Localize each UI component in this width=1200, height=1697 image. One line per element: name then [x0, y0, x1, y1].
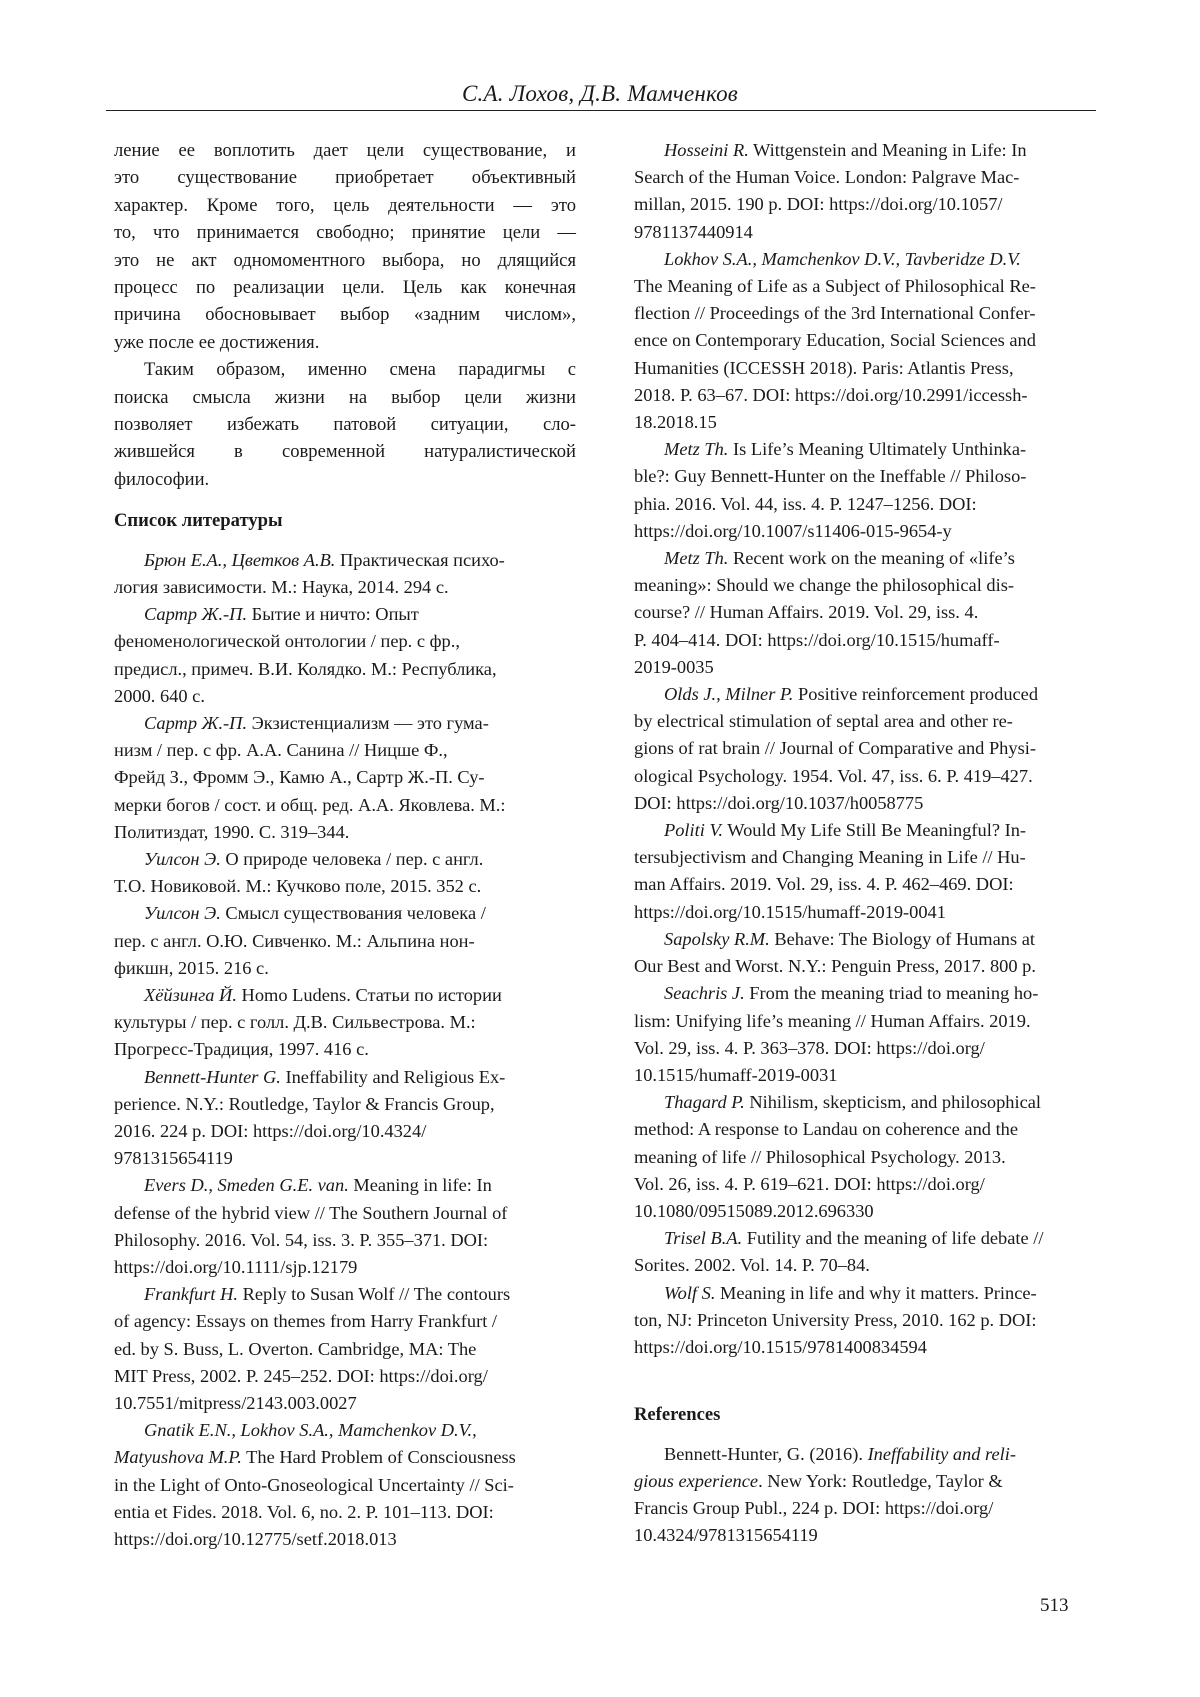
- reference-text: tersubjectivism and Changing Meaning in …: [634, 847, 1026, 867]
- reference-text: Практическая психо-: [335, 550, 504, 570]
- reference-text: https://doi.org/10.1515/humaff-2019-0041: [634, 902, 946, 922]
- reference-text: ed. by S. Buss, L. Overton. Cambridge, M…: [114, 1339, 476, 1359]
- reference-text: perience. N.Y.: Routledge, Taylor & Fran…: [114, 1094, 495, 1114]
- text-line: поиска смысла жизни на выбор цели жизни: [114, 384, 576, 411]
- reference-text: meaning of life // Philosophical Psychol…: [634, 1147, 1006, 1167]
- reference-text: https://doi.org/10.12775/setf.2018.013: [114, 1529, 397, 1549]
- reference-text: Homo Ludens. Статьи по истории: [237, 985, 502, 1005]
- english-reference-item: Bennett-Hunter, G. (2016). Ineffability …: [634, 1441, 1096, 1550]
- reference-authors: Sapolsky R.M.: [664, 929, 770, 949]
- reference-text: lism: Unifying life’s meaning // Human A…: [634, 1011, 1031, 1031]
- reference-text: культуры / пер. с голл. Д.В. Сильвестров…: [114, 1012, 476, 1032]
- reference-item: Bennett-Hunter G. Ineffability and Relig…: [114, 1064, 576, 1173]
- bibliography-heading: Список литературы: [114, 507, 576, 534]
- reference-text: Bennett-Hunter, G. (2016).: [664, 1444, 868, 1464]
- reference-text: Futility and the meaning of life debate …: [742, 1228, 1043, 1248]
- reference-title: gious experience: [634, 1471, 758, 1491]
- reference-text: in the Light of Onto-Gnoseological Uncer…: [114, 1475, 514, 1495]
- text-line: Таким образом, именно смена парадигмы с: [114, 356, 576, 383]
- reference-authors: Metz Th.: [664, 548, 728, 568]
- reference-text: Sorites. 2002. Vol. 14. P. 70–84.: [634, 1255, 870, 1275]
- reference-item: Уилсон Э. Смысл существования человека /…: [114, 900, 576, 982]
- reference-authors: Wolf S.: [664, 1283, 715, 1303]
- reference-text: Recent work on the meaning of «life’s: [728, 548, 1015, 568]
- reference-text: defense of the hybrid view // The Southe…: [114, 1203, 507, 1223]
- reference-text: MIT Press, 2002. P. 245–252. DOI: https:…: [114, 1366, 488, 1386]
- reference-text: Behave: The Biology of Humans at: [770, 929, 1035, 949]
- reference-text: method: A response to Landau on coherenc…: [634, 1119, 1018, 1139]
- reference-authors: Брюн Е.А., Цветков А.В.: [144, 550, 335, 570]
- running-title: С.А. Лохов, Д.В. Мамченков: [100, 80, 1100, 108]
- reference-text: phia. 2016. Vol. 44, iss. 4. P. 1247–125…: [634, 494, 977, 514]
- reference-authors: Trisel B.A.: [664, 1228, 742, 1248]
- reference-text: https://doi.org/10.1007/s11406-015-9654-…: [634, 521, 952, 541]
- reference-item: Olds J., Milner P. Positive reinforcemen…: [634, 681, 1096, 817]
- text-line: то, что принимается свободно; принятие ц…: [114, 219, 576, 246]
- reference-item: Сартр Ж.-П. Бытие и ничто: Опытфеноменол…: [114, 601, 576, 710]
- reference-text: Ineffability and Religious Ex-: [281, 1067, 505, 1087]
- reference-text: 10.1515/humaff-2019-0031: [634, 1065, 837, 1085]
- reference-text: Philosophy. 2016. Vol. 54, iss. 3. P. 35…: [114, 1230, 488, 1250]
- text-line: причина обосновывает выбор «задним число…: [114, 301, 576, 328]
- reference-text: 2016. 224 p. DOI: https://doi.org/10.432…: [114, 1121, 426, 1141]
- reference-authors: Frankfurt H.: [144, 1284, 238, 1304]
- reference-authors: Seachris J.: [664, 983, 745, 1003]
- reference-item: Evers D., Smeden G.E. van. Meaning in li…: [114, 1172, 576, 1281]
- reference-text: meaning»: Should we change the philosoph…: [634, 575, 1014, 595]
- reference-text: Our Best and Worst. N.Y.: Penguin Press,…: [634, 956, 1036, 976]
- text-line: позволяет избежать патовой ситуации, сло…: [114, 411, 576, 438]
- reference-text: Экзистенциализм — это гума-: [247, 713, 489, 733]
- reference-authors: Thagard P.: [664, 1092, 745, 1112]
- reference-text: by electrical stimulation of septal area…: [634, 711, 1013, 731]
- reference-text: P. 404–414. DOI: https://doi.org/10.1515…: [634, 630, 1000, 650]
- reference-text: ble?: Guy Bennett-Hunter on the Ineffabl…: [634, 466, 1026, 486]
- reference-item: Wolf S. Meaning in life and why it matte…: [634, 1280, 1096, 1362]
- reference-text: gions of rat brain // Journal of Compara…: [634, 738, 1036, 758]
- reference-authors: Evers D., Smeden G.E. van.: [144, 1175, 349, 1195]
- reference-authors: Politi V.: [664, 820, 723, 840]
- reference-authors: Сартр Ж.-П.: [144, 604, 247, 624]
- text-line: философии.: [114, 466, 576, 493]
- reference-item: Trisel B.A. Futility and the meaning of …: [634, 1225, 1096, 1279]
- reference-list: Брюн Е.А., Цветков А.В. Практическая пси…: [114, 547, 576, 1554]
- body-paragraph: Таким образом, именно смена парадигмы с …: [114, 356, 576, 493]
- reference-text: of agency: Essays on themes from Harry F…: [114, 1311, 497, 1331]
- reference-title: Ineffability and reli-: [868, 1444, 1016, 1464]
- reference-authors: Gnatik E.N., Lokhov S.A., Mamchenkov D.V…: [144, 1420, 477, 1440]
- reference-text: 10.1080/09515089.2012.696330: [634, 1201, 874, 1221]
- text-line: ление ее воплотить дает цели существован…: [114, 137, 576, 164]
- reference-text: Nihilism, skepticism, and philosophical: [745, 1092, 1041, 1112]
- reference-item: Хёйзинга Й. Homo Ludens. Статьи по истор…: [114, 982, 576, 1064]
- reference-text: Т.О. Новиковой. М.: Кучково поле, 2015. …: [114, 876, 481, 896]
- reference-authors: Bennett-Hunter G.: [144, 1067, 281, 1087]
- reference-text: феноменологической онтологии / пер. с фр…: [114, 631, 460, 651]
- reference-text: Is Life’s Meaning Ultimately Unthinka-: [728, 439, 1026, 459]
- reference-authors: Hosseini R.: [664, 140, 749, 160]
- reference-text: 10.4324/9781315654119: [634, 1525, 818, 1545]
- reference-text: предисл., примеч. В.И. Колядко. М.: Респ…: [114, 659, 497, 679]
- text-line: уже после ее достижения.: [114, 329, 576, 356]
- reference-authors: Хёйзинга Й.: [144, 985, 237, 1005]
- reference-item: Сартр Ж.-П. Экзистенциализм — это гума-н…: [114, 710, 576, 846]
- reference-item: Hosseini R. Wittgenstein and Meaning in …: [634, 137, 1096, 246]
- header-rule: [106, 110, 1096, 111]
- reference-text: 9781315654119: [114, 1148, 233, 1168]
- reference-text: О природе человека / пер. с англ.: [221, 849, 484, 869]
- reference-text: Бытие и ничто: Опыт: [247, 604, 419, 624]
- text-line: процесс по реализации цели. Цель как кон…: [114, 274, 576, 301]
- reference-text: flection // Proceedings of the 3rd Inter…: [634, 303, 1036, 323]
- reference-text: Vol. 29, iss. 4. P. 363–378. DOI: https:…: [634, 1038, 985, 1058]
- reference-text: пер. с англ. О.Ю. Сивченко. М.: Альпина …: [114, 931, 475, 951]
- reference-text: Humanities (ICCESSH 2018). Paris: Atlant…: [634, 358, 1014, 378]
- reference-text: https://doi.org/10.1515/9781400834594: [634, 1337, 927, 1357]
- reference-text: 9781137440914: [634, 222, 753, 242]
- reference-text: millan, 2015. 190 p. DOI: https://doi.or…: [634, 194, 1003, 214]
- reference-text: ton, NJ: Princeton University Press, 201…: [634, 1310, 1037, 1330]
- reference-text: низм / пер. с фр. А.А. Санина // Ницше Ф…: [114, 740, 448, 760]
- reference-item: Metz Th. Is Life’s Meaning Ultimately Un…: [634, 436, 1096, 545]
- reference-text: Reply to Susan Wolf // The contours: [238, 1284, 510, 1304]
- reference-text: 2018. P. 63–67. DOI: https://doi.org/10.…: [634, 385, 1028, 405]
- reference-text: The Meaning of Life as a Subject of Phil…: [634, 276, 1036, 296]
- reference-item: Politi V. Would My Life Still Be Meaning…: [634, 817, 1096, 926]
- reference-text: Смысл существования человека /: [221, 903, 486, 923]
- reference-text: 18.2018.15: [634, 412, 717, 432]
- reference-text: ence on Contemporary Education, Social S…: [634, 330, 1036, 350]
- reference-text: course? // Human Affairs. 2019. Vol. 29,…: [634, 602, 978, 622]
- reference-text: Positive reinforcement produced: [793, 684, 1038, 704]
- text-line: это существование приобретает объективны…: [114, 164, 576, 191]
- reference-text: Прогресс-Традиция, 1997. 416 с.: [114, 1039, 369, 1059]
- text-line: жившейся в современной натуралистической: [114, 438, 576, 465]
- reference-text: 2019-0035: [634, 657, 714, 677]
- reference-text: DOI: https://doi.org/10.1037/h0058775: [634, 793, 923, 813]
- reference-text: From the meaning triad to meaning ho-: [745, 983, 1039, 1003]
- reference-text: Политиздат, 1990. С. 319–344.: [114, 822, 349, 842]
- reference-authors: Metz Th.: [664, 439, 728, 459]
- left-column: ление ее воплотить дает цели существован…: [114, 137, 576, 1553]
- reference-item: Metz Th. Recent work on the meaning of «…: [634, 545, 1096, 681]
- body-paragraph: ление ее воплотить дает цели существован…: [114, 137, 576, 356]
- reference-item: Брюн Е.А., Цветков А.В. Практическая пси…: [114, 547, 576, 601]
- reference-text: Meaning in life: In: [349, 1175, 492, 1195]
- reference-text: мерки богов / сост. и общ. ред. А.А. Яко…: [114, 795, 506, 815]
- reference-text: entia et Fides. 2018. Vol. 6, no. 2. P. …: [114, 1502, 494, 1522]
- reference-text: Vol. 26, iss. 4. P. 619–621. DOI: https:…: [634, 1174, 985, 1194]
- reference-text: Wittgenstein and Meaning in Life: In: [749, 140, 1027, 160]
- reference-text: Francis Group Publ., 224 p. DOI: https:/…: [634, 1498, 993, 1518]
- reference-text: ological Psychology. 1954. Vol. 47, iss.…: [634, 766, 1033, 786]
- reference-item: Frankfurt H. Reply to Susan Wolf // The …: [114, 1281, 576, 1417]
- right-column: Hosseini R. Wittgenstein and Meaning in …: [634, 137, 1096, 1549]
- text-line: характер. Кроме того, цель деятельности …: [114, 192, 576, 219]
- reference-authors: Уилсон Э.: [144, 903, 221, 923]
- reference-item: Sapolsky R.M. Behave: The Biology of Hum…: [634, 926, 1096, 980]
- reference-text: Meaning in life and why it matters. Prin…: [715, 1283, 1036, 1303]
- text-line: это не акт одномоментного выбора, но для…: [114, 247, 576, 274]
- reference-text: фикшн, 2015. 216 с.: [114, 958, 269, 978]
- reference-text: . New York: Routledge, Taylor &: [758, 1471, 1003, 1491]
- reference-text: 10.7551/mitpress/2143.003.0027: [114, 1393, 357, 1413]
- reference-text: 2000. 640 с.: [114, 686, 205, 706]
- reference-text: Would My Life Still Be Meaningful? In-: [723, 820, 1026, 840]
- reference-item: Seachris J. From the meaning triad to me…: [634, 980, 1096, 1089]
- reference-text: логия зависимости. М.: Наука, 2014. 294 …: [114, 577, 449, 597]
- reference-authors: Уилсон Э.: [144, 849, 221, 869]
- reference-item: Lokhov S.A., Mamchenkov D.V., Tavberidze…: [634, 246, 1096, 436]
- reference-authors: Сартр Ж.-П.: [144, 713, 247, 733]
- reference-authors: Lokhov S.A., Mamchenkov D.V., Tavberidze…: [664, 249, 1021, 269]
- reference-authors: Olds J., Milner P.: [664, 684, 793, 704]
- reference-list: Hosseini R. Wittgenstein and Meaning in …: [634, 137, 1096, 1361]
- reference-text: The Hard Problem of Consciousness: [242, 1447, 516, 1467]
- reference-text: Search of the Human Voice. London: Palgr…: [634, 167, 1019, 187]
- reference-text: Фрейд З., Фромм Э., Камю А., Сартр Ж.-П.…: [114, 767, 485, 787]
- reference-item: Thagard P. Nihilism, skepticism, and phi…: [634, 1089, 1096, 1225]
- reference-text: man Affairs. 2019. Vol. 29, iss. 4. P. 4…: [634, 874, 1014, 894]
- reference-item: Уилсон Э. О природе человека / пер. с ан…: [114, 846, 576, 900]
- reference-text: https://doi.org/10.1111/sjp.12179: [114, 1257, 357, 1277]
- reference-authors: Matyushova M.P.: [114, 1447, 242, 1467]
- references-heading: References: [634, 1401, 1096, 1428]
- page-number: 513: [1040, 1595, 1069, 1617]
- reference-item: Gnatik E.N., Lokhov S.A., Mamchenkov D.V…: [114, 1417, 576, 1553]
